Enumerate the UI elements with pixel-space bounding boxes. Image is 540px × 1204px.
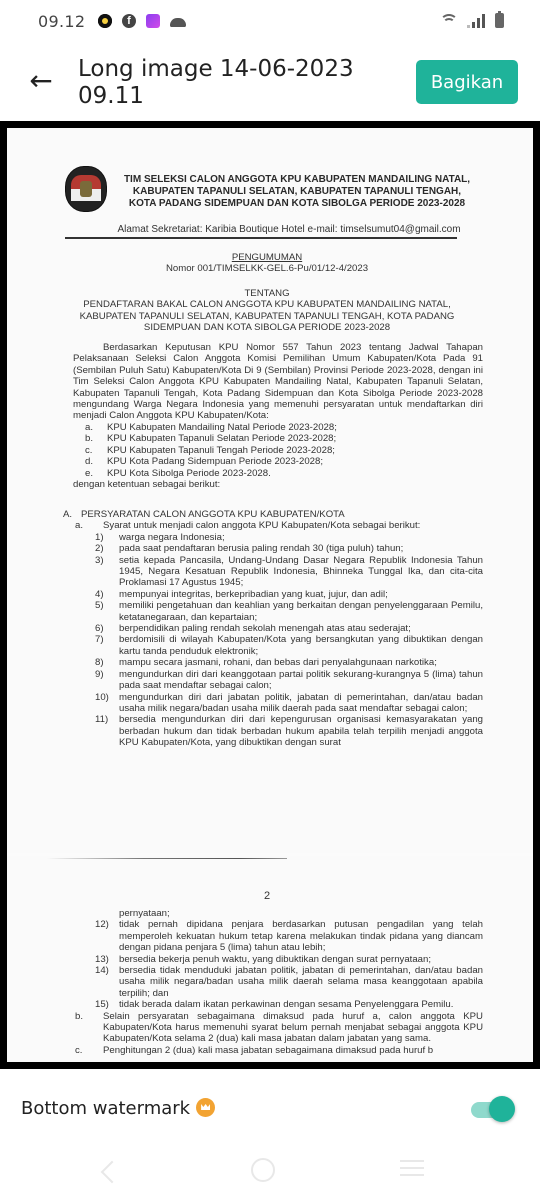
announcement-subject: TENTANG PENDAFTARAN BAKAL CALON ANGGOTA … [47, 288, 487, 334]
nav-menu-icon[interactable] [400, 1160, 424, 1176]
battery-icon [495, 13, 504, 28]
app-notification-icon [146, 14, 160, 28]
system-nav-bar [0, 1150, 540, 1204]
crown-icon [196, 1098, 215, 1117]
long-image-preview[interactable]: TIM SELEKSI CALON ANGGOTA KPU KABUPATEN … [0, 121, 540, 1069]
status-time: 09.12 [38, 12, 85, 31]
arrow-left-icon: ← [29, 64, 52, 97]
share-button[interactable]: Bagikan [416, 60, 518, 104]
page-break-line [47, 858, 287, 859]
bottom-watermark-toggle[interactable] [469, 1096, 515, 1122]
notification-swirl-icon [98, 14, 112, 28]
cloud-icon [170, 18, 186, 27]
system-icons [441, 13, 504, 28]
bottom-watermark-label: Bottom watermark [21, 1098, 215, 1119]
signal-icon [467, 14, 485, 28]
nav-home-icon[interactable] [251, 1158, 275, 1182]
section-a: A.PERSYARATAN CALON ANGGOTA KPU KABUPATE… [63, 509, 483, 749]
notification-icons: f [98, 14, 186, 28]
bottom-watermark-setting: Bottom watermark [0, 1070, 540, 1150]
announcement-header: PENGUMUMAN Nomor 001/TIMSELKK-GEL.6-Pu/0… [47, 252, 487, 275]
wifi-icon [441, 14, 457, 28]
page-number: 2 [47, 891, 487, 902]
regions-list: a.KPU Kabupaten Mandailing Natal Periode… [73, 422, 483, 490]
letterhead-org: TIM SELEKSI CALON ANGGOTA KPU KABUPATEN … [117, 174, 477, 210]
intro-paragraph: Berdasarkan Keputusan KPU Nomor 557 Tahu… [73, 342, 483, 422]
app-header: ← Long image 14-06-2023 09.11 Bagikan [0, 44, 540, 120]
back-button[interactable]: ← [26, 66, 56, 96]
requirements-list-page-1: 1)warga negara Indonesia; 2)pada saat pe… [63, 532, 483, 749]
letterhead-address: Alamat Sekretariat: Karibia Boutique Hot… [109, 224, 469, 235]
document-image: TIM SELEKSI CALON ANGGOTA KPU KABUPATEN … [7, 128, 533, 1062]
facebook-icon: f [122, 14, 136, 28]
letterhead-divider [65, 237, 457, 239]
requirements-list-page-2: pernyataan; 12)tidak pernah dipidana pen… [63, 908, 483, 1056]
kpu-logo-icon [65, 166, 107, 212]
nav-back-icon[interactable] [101, 1161, 124, 1184]
status-bar: 09.12 f [0, 0, 540, 44]
page-title: Long image 14-06-2023 09.11 [78, 56, 368, 110]
